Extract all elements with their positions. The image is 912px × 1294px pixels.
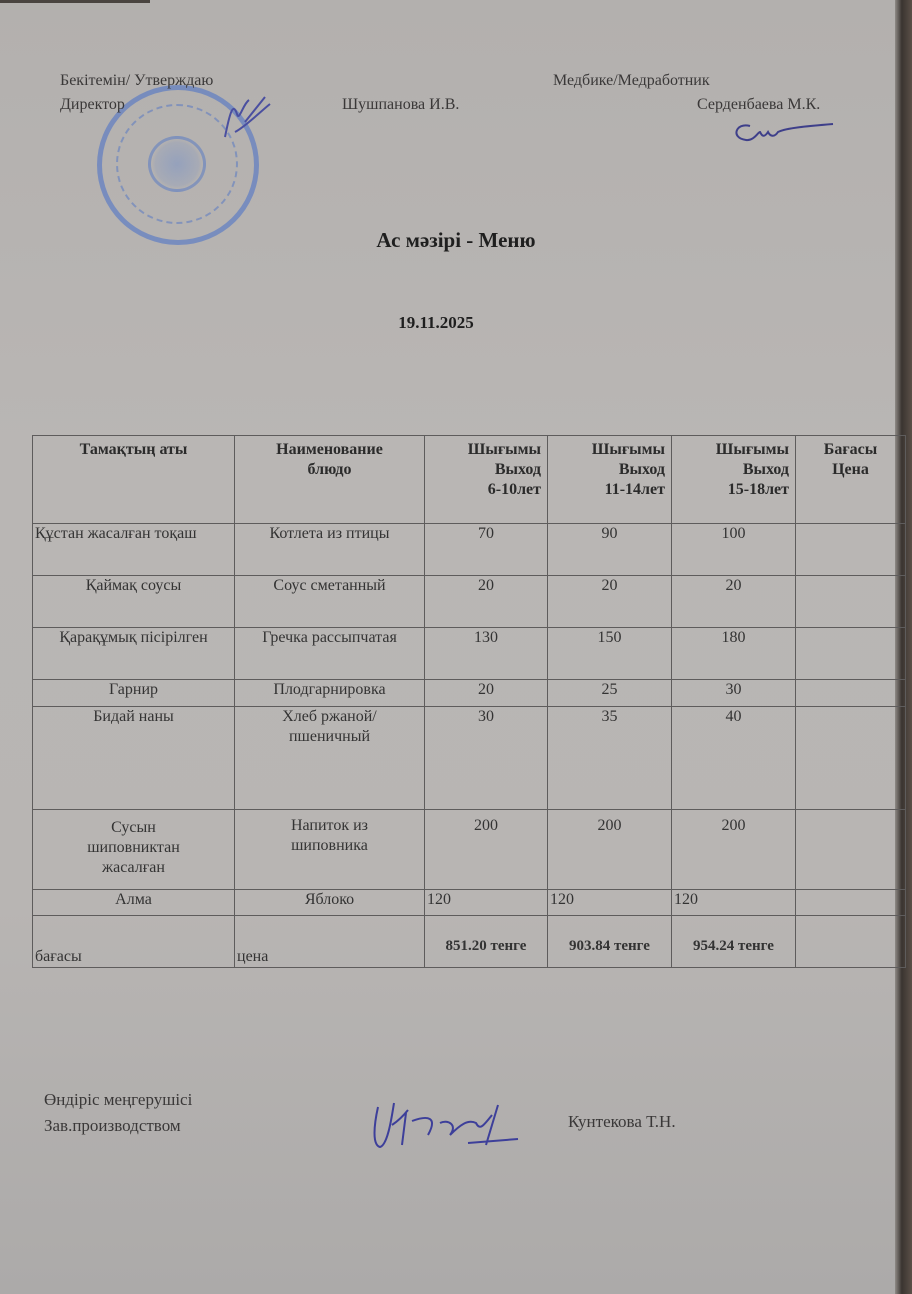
output-11-14: 90 [548, 524, 672, 576]
output-6-10: 120 [425, 890, 548, 916]
table-row: Гарнир Плодгарнировка 20 25 30 [33, 680, 906, 707]
table-row: Алма Яблоко 120 120 120 [33, 890, 906, 916]
price-cell [796, 524, 906, 576]
header-dish-kz: Тамақтың аты [33, 436, 235, 524]
price-15-18: 954.24 тенге [672, 916, 796, 968]
output-15-18: 120 [672, 890, 796, 916]
output-6-10: 130 [425, 628, 548, 680]
output-6-10: 70 [425, 524, 548, 576]
table-row: Сусын шиповниктан жасалған Напиток из ши… [33, 810, 906, 890]
output-11-14: 20 [548, 576, 672, 628]
menu-date: 19.11.2025 [0, 313, 892, 333]
price-cell [796, 707, 906, 810]
paper-edge-shadow [0, 0, 150, 3]
dish-kz: Қаймақ соусы [33, 576, 235, 628]
header-output-15-18: ШығымыВыход15-18лет [672, 436, 796, 524]
dish-kz: Алма [33, 890, 235, 916]
output-15-18: 30 [672, 680, 796, 707]
dish-kz: Сусын шиповниктан жасалған [33, 810, 235, 890]
total-label-kz: бағасы [33, 916, 235, 968]
table-header-row: Тамақтың аты Наименованиеблюдо ШығымыВых… [33, 436, 906, 524]
output-15-18: 20 [672, 576, 796, 628]
dish-ru: Соус сметанный [235, 576, 425, 628]
price-cell [796, 810, 906, 890]
price-6-10: 851.20 тенге [425, 916, 548, 968]
price-cell [796, 576, 906, 628]
dish-ru: Гречка рассыпчатая [235, 628, 425, 680]
header-output-11-14: ШығымыВыход11-14лет [548, 436, 672, 524]
output-11-14: 150 [548, 628, 672, 680]
output-11-14: 25 [548, 680, 672, 707]
dish-ru: Яблоко [235, 890, 425, 916]
director-name: Шушпанова И.В. [342, 96, 459, 114]
director-label: Директор [60, 96, 125, 114]
page-title: Ас мәзірі - Меню [0, 228, 912, 253]
output-6-10: 30 [425, 707, 548, 810]
output-11-14: 200 [548, 810, 672, 890]
production-head-signature-icon [368, 1095, 543, 1155]
output-6-10: 200 [425, 810, 548, 890]
price-cell [796, 890, 906, 916]
output-15-18: 100 [672, 524, 796, 576]
dish-kz: Гарнир [33, 680, 235, 707]
output-15-18: 40 [672, 707, 796, 810]
footer-role-ru: Зав.производством [44, 1116, 181, 1136]
output-11-14: 120 [548, 890, 672, 916]
dish-ru: Котлета из птицы [235, 524, 425, 576]
menu-table: Тамақтың аты Наименованиеблюдо ШығымыВых… [32, 435, 906, 968]
price-11-14: 903.84 тенге [548, 916, 672, 968]
header-price: БағасыЦена [796, 436, 906, 524]
table-row: Қарақұмық пісірілген Гречка рассыпчатая … [33, 628, 906, 680]
approve-label: Бекітемін/ Утверждаю [60, 72, 213, 90]
director-signature-icon [205, 92, 275, 152]
price-cell [796, 680, 906, 707]
dish-kz: Құстан жасалған тоқаш [33, 524, 235, 576]
dish-ru: Плодгарнировка [235, 680, 425, 707]
price-cell [796, 628, 906, 680]
footer-name: Кунтекова Т.Н. [568, 1112, 676, 1132]
dish-ru: Напиток из шиповника [235, 810, 425, 890]
table-row: Құстан жасалған тоқаш Котлета из птицы 7… [33, 524, 906, 576]
medic-label: Медбике/Медработник [553, 72, 710, 90]
header-output-6-10: ШығымыВыход6-10лет [425, 436, 548, 524]
price-cell [796, 916, 906, 968]
header-dish-ru: Наименованиеблюдо [235, 436, 425, 524]
total-row: бағасы цена 851.20 тенге 903.84 тенге 95… [33, 916, 906, 968]
output-15-18: 200 [672, 810, 796, 890]
dish-kz: Қарақұмық пісірілген [33, 628, 235, 680]
medic-name: Серденбаева М.К. [697, 96, 820, 114]
output-6-10: 20 [425, 680, 548, 707]
dish-ru: Хлеб ржаной/пшеничный [235, 707, 425, 810]
output-11-14: 35 [548, 707, 672, 810]
output-15-18: 180 [672, 628, 796, 680]
dish-kz: Бидай наны [33, 707, 235, 810]
table-row: Бидай наны Хлеб ржаной/пшеничный 30 35 4… [33, 707, 906, 810]
medic-signature-icon [728, 118, 838, 148]
total-label-ru: цена [235, 916, 425, 968]
output-6-10: 20 [425, 576, 548, 628]
footer-role-kz: Өндіріс меңгерушісі [44, 1090, 192, 1110]
table-row: Қаймақ соусы Соус сметанный 20 20 20 [33, 576, 906, 628]
emblem-icon [148, 136, 206, 192]
